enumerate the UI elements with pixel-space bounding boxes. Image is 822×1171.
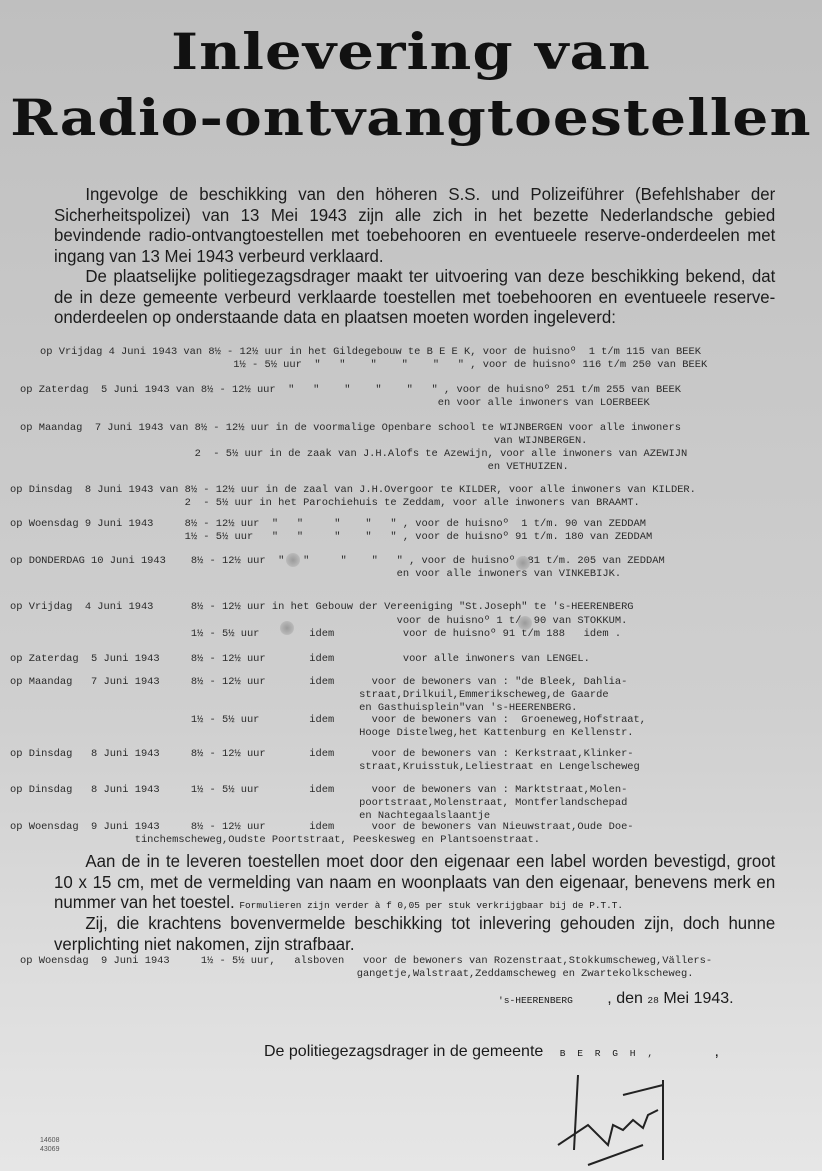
schedule-line: op DONDERDAG 10 Juni 1943 8½ - 12½ uur "…: [10, 555, 665, 568]
schedule-line: straat,Kruisstuk,Leliestraat en Lengelsc…: [10, 761, 640, 774]
print-codes: 14608 43069: [40, 1136, 59, 1154]
schedule-line: Hooge Distelweg,het Kattenburg en Kellen…: [10, 727, 634, 740]
date-day: 28: [647, 995, 659, 1006]
schedule-line: 2 - 5½ uur in de zaak van J.H.Alofs te A…: [20, 448, 687, 461]
schedule-line: 2 - 5½ uur in het Parochiehuis te Zeddam…: [10, 497, 640, 510]
schedule-line: straat,Drilkuil,Emmerikscheweg,de Gaarde: [10, 689, 609, 702]
schedule-line: tinchemscheweg,Oudste Poortstraat, Peesk…: [10, 834, 540, 847]
addendum-line: op Woensdag 9 Juni 1943 1½ - 5½ uur, als…: [20, 955, 712, 968]
addendum-line: gangetje,Walstraat,Zeddamscheweg en Zwar…: [20, 968, 693, 981]
trailing-comma: ,: [715, 1043, 719, 1060]
print-code-2: 43069: [40, 1145, 59, 1154]
place-name: 's-HEERENBERG: [498, 995, 573, 1006]
schedule-line: en voor alle inwoners van VINKEBIJK.: [10, 568, 621, 581]
ink-blot: [286, 553, 300, 567]
ink-blot: [280, 621, 294, 635]
closing-paragraph-1: Aan de in te leveren toestellen moet doo…: [54, 851, 775, 917]
ink-blot: [518, 616, 532, 630]
schedule-line: van WIJNBERGEN.: [20, 435, 587, 448]
schedule-line: op Woensdag 9 Juni 1943 8½ - 12½ uur ide…: [10, 821, 634, 834]
schedule-line: op Maandag 7 Juni 1943 8½ - 12½ uur idem…: [10, 676, 627, 689]
intro-paragraph-2: De plaatselijke politiegezagsdrager maak…: [54, 266, 775, 328]
schedule-line: 1½ - 5½ uur " " " " " " , voor de huisno…: [40, 359, 707, 372]
schedule-line: poortstraat,Molenstraat, Montferlandsche…: [10, 797, 627, 810]
schedule-line: en VETHUIZEN.: [20, 461, 569, 474]
schedule-line: op Dinsdag 8 Juni 1943 8½ - 12½ uur idem…: [10, 748, 634, 761]
ink-blot: [516, 556, 530, 570]
schedule-line: 1½ - 5½ uur idem voor de bewoners van : …: [10, 714, 646, 727]
print-code-1: 14608: [40, 1136, 59, 1145]
poster-page: Inlevering van Radio-ontvangtoestellen I…: [0, 0, 822, 1171]
schedule-line: 1½ - 5½ uur " " " " " , voor de huisnoº …: [10, 531, 652, 544]
forms-note: Formulieren zijn verder à f 0,05 per stu…: [239, 900, 623, 911]
schedule-line: op Zaterdag 5 Juni 1943 8½ - 12½ uur ide…: [10, 653, 590, 666]
title-line-1: Inlevering van: [0, 22, 822, 81]
date-rest: Mei 1943.: [663, 990, 733, 1007]
schedule-line: op Vrijdag 4 Juni 1943 8½ - 12½ uur in h…: [10, 601, 634, 614]
closing-paragraph-2: Zij, die krachtens bovenvermelde beschik…: [54, 913, 775, 954]
signatory-label: De politiegezagsdrager in de gemeente: [264, 1043, 543, 1060]
municipality-name: B E R G H ,: [560, 1048, 656, 1059]
schedule-line: op Vrijdag 4 Juni 1943 van 8½ - 12½ uur …: [40, 346, 701, 359]
schedule-line: en voor alle inwoners van LOERBEEK: [20, 397, 650, 410]
schedule-line: voor de huisnoº 1 t/m 90 van STOKKUM.: [10, 615, 627, 628]
place-date: 's-HEERENBERG , den 28 Mei 1943.: [498, 990, 734, 1008]
schedule-line: op Zaterdag 5 Juni 1943 van 8½ - 12½ uur…: [20, 384, 681, 397]
schedule-line: op Dinsdag 8 Juni 1943 1½ - 5½ uur idem …: [10, 784, 627, 797]
signature-icon: [548, 1070, 698, 1170]
schedule-line: op Dinsdag 8 Juni 1943 van 8½ - 12½ uur …: [10, 484, 696, 497]
date-prefix: , den: [607, 990, 643, 1007]
schedule-line: 1½ - 5½ uur idem voor de huisnoº 91 t/m …: [10, 628, 621, 641]
intro-paragraph-1: Ingevolge de beschikking van den höheren…: [54, 184, 775, 266]
title-line-2: Radio-ontvangtoestellen: [0, 88, 822, 147]
signatory-line: De politiegezagsdrager in de gemeente B …: [264, 1043, 719, 1061]
schedule-line: op Maandag 7 Juni 1943 van 8½ - 12½ uur …: [20, 422, 681, 435]
schedule-line: op Woensdag 9 Juni 1943 8½ - 12½ uur " "…: [10, 518, 646, 531]
